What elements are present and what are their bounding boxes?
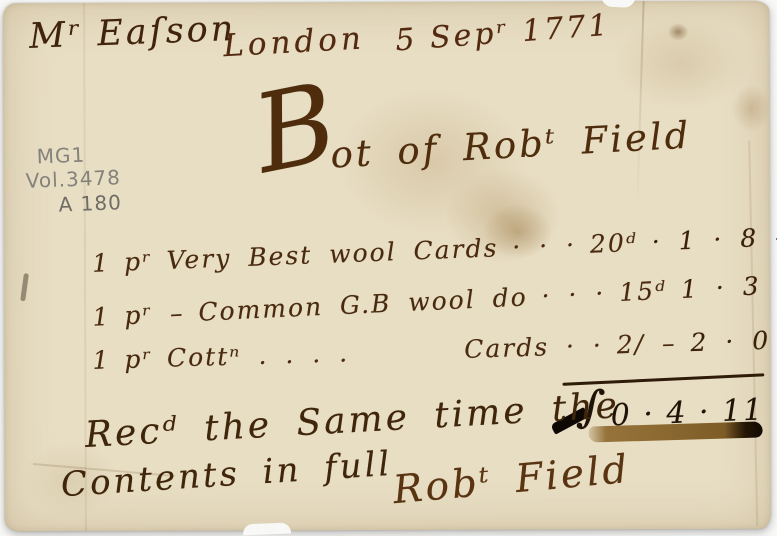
- archival-note-line2: Vol.3478: [25, 166, 121, 194]
- item-description: Common G.B wool do: [198, 282, 529, 326]
- item-dots: · · ·: [512, 230, 577, 261]
- archival-note-line3: A 180: [58, 190, 122, 217]
- item-rate: 20ᵈ: [589, 228, 638, 259]
- torn-edge-notch-bottom: [243, 523, 291, 536]
- item-unit: pʳ: [124, 247, 154, 277]
- item-unit: pʳ: [124, 344, 154, 374]
- item-rate: 2/ –: [616, 329, 677, 360]
- item-description: Cottⁿ . . . .: [167, 338, 350, 372]
- item-amount: 2 · 0: [690, 326, 770, 357]
- item-dots: · · ·: [541, 279, 606, 311]
- stain-right-edge: [725, 77, 777, 141]
- item-amount: · 1 · 8 —: [651, 222, 777, 257]
- heading-text: ot of Robᵗ Field: [329, 114, 692, 177]
- signature: Robᵗ Field: [391, 447, 632, 513]
- item-dots: Cards · ·: [464, 331, 603, 364]
- place-london: London: [222, 20, 365, 64]
- addressee-name: Mʳ Eaſson: [28, 9, 236, 57]
- item-qty: 1: [92, 302, 111, 332]
- archival-note: MG1 Vol.3478 A 180: [22, 141, 122, 218]
- ink-spot-top-right: [665, 21, 691, 43]
- item-qty: 1: [92, 248, 111, 278]
- document-date: 5 Sepʳ 1771: [394, 8, 611, 59]
- item-row: 1 pʳ – Common G.B wool do · · · 15ᵈ 1 · …: [92, 271, 771, 332]
- receipt-paper: Mʳ Eaſson London 5 Sepʳ 1771 B ot of Rob…: [3, 1, 771, 532]
- total-value: 0 · 4 · 11: [610, 392, 765, 433]
- item-row: 1 pʳ Cottⁿ . . . . Cards · · 2/ – 2 · 0: [92, 326, 771, 375]
- heading-initial-flourish: B: [248, 77, 344, 182]
- item-unit: pʳ –: [124, 298, 185, 330]
- archival-note-line1: MG1: [36, 141, 120, 169]
- edge-blemish: [20, 273, 29, 301]
- item-description: Very Best wool Cards: [166, 233, 499, 275]
- item-qty: 1: [92, 345, 111, 375]
- item-amount: 1 · 3 —: [680, 269, 777, 304]
- item-rate: 15ᵈ: [619, 276, 668, 307]
- item-row: 1 pʳ Very Best wool Cards · · · 20ᵈ · 1 …: [92, 223, 771, 278]
- torn-edge-notch-top: [601, 0, 635, 8]
- bought-of-heading: B ot of Robᵗ Field: [253, 62, 692, 181]
